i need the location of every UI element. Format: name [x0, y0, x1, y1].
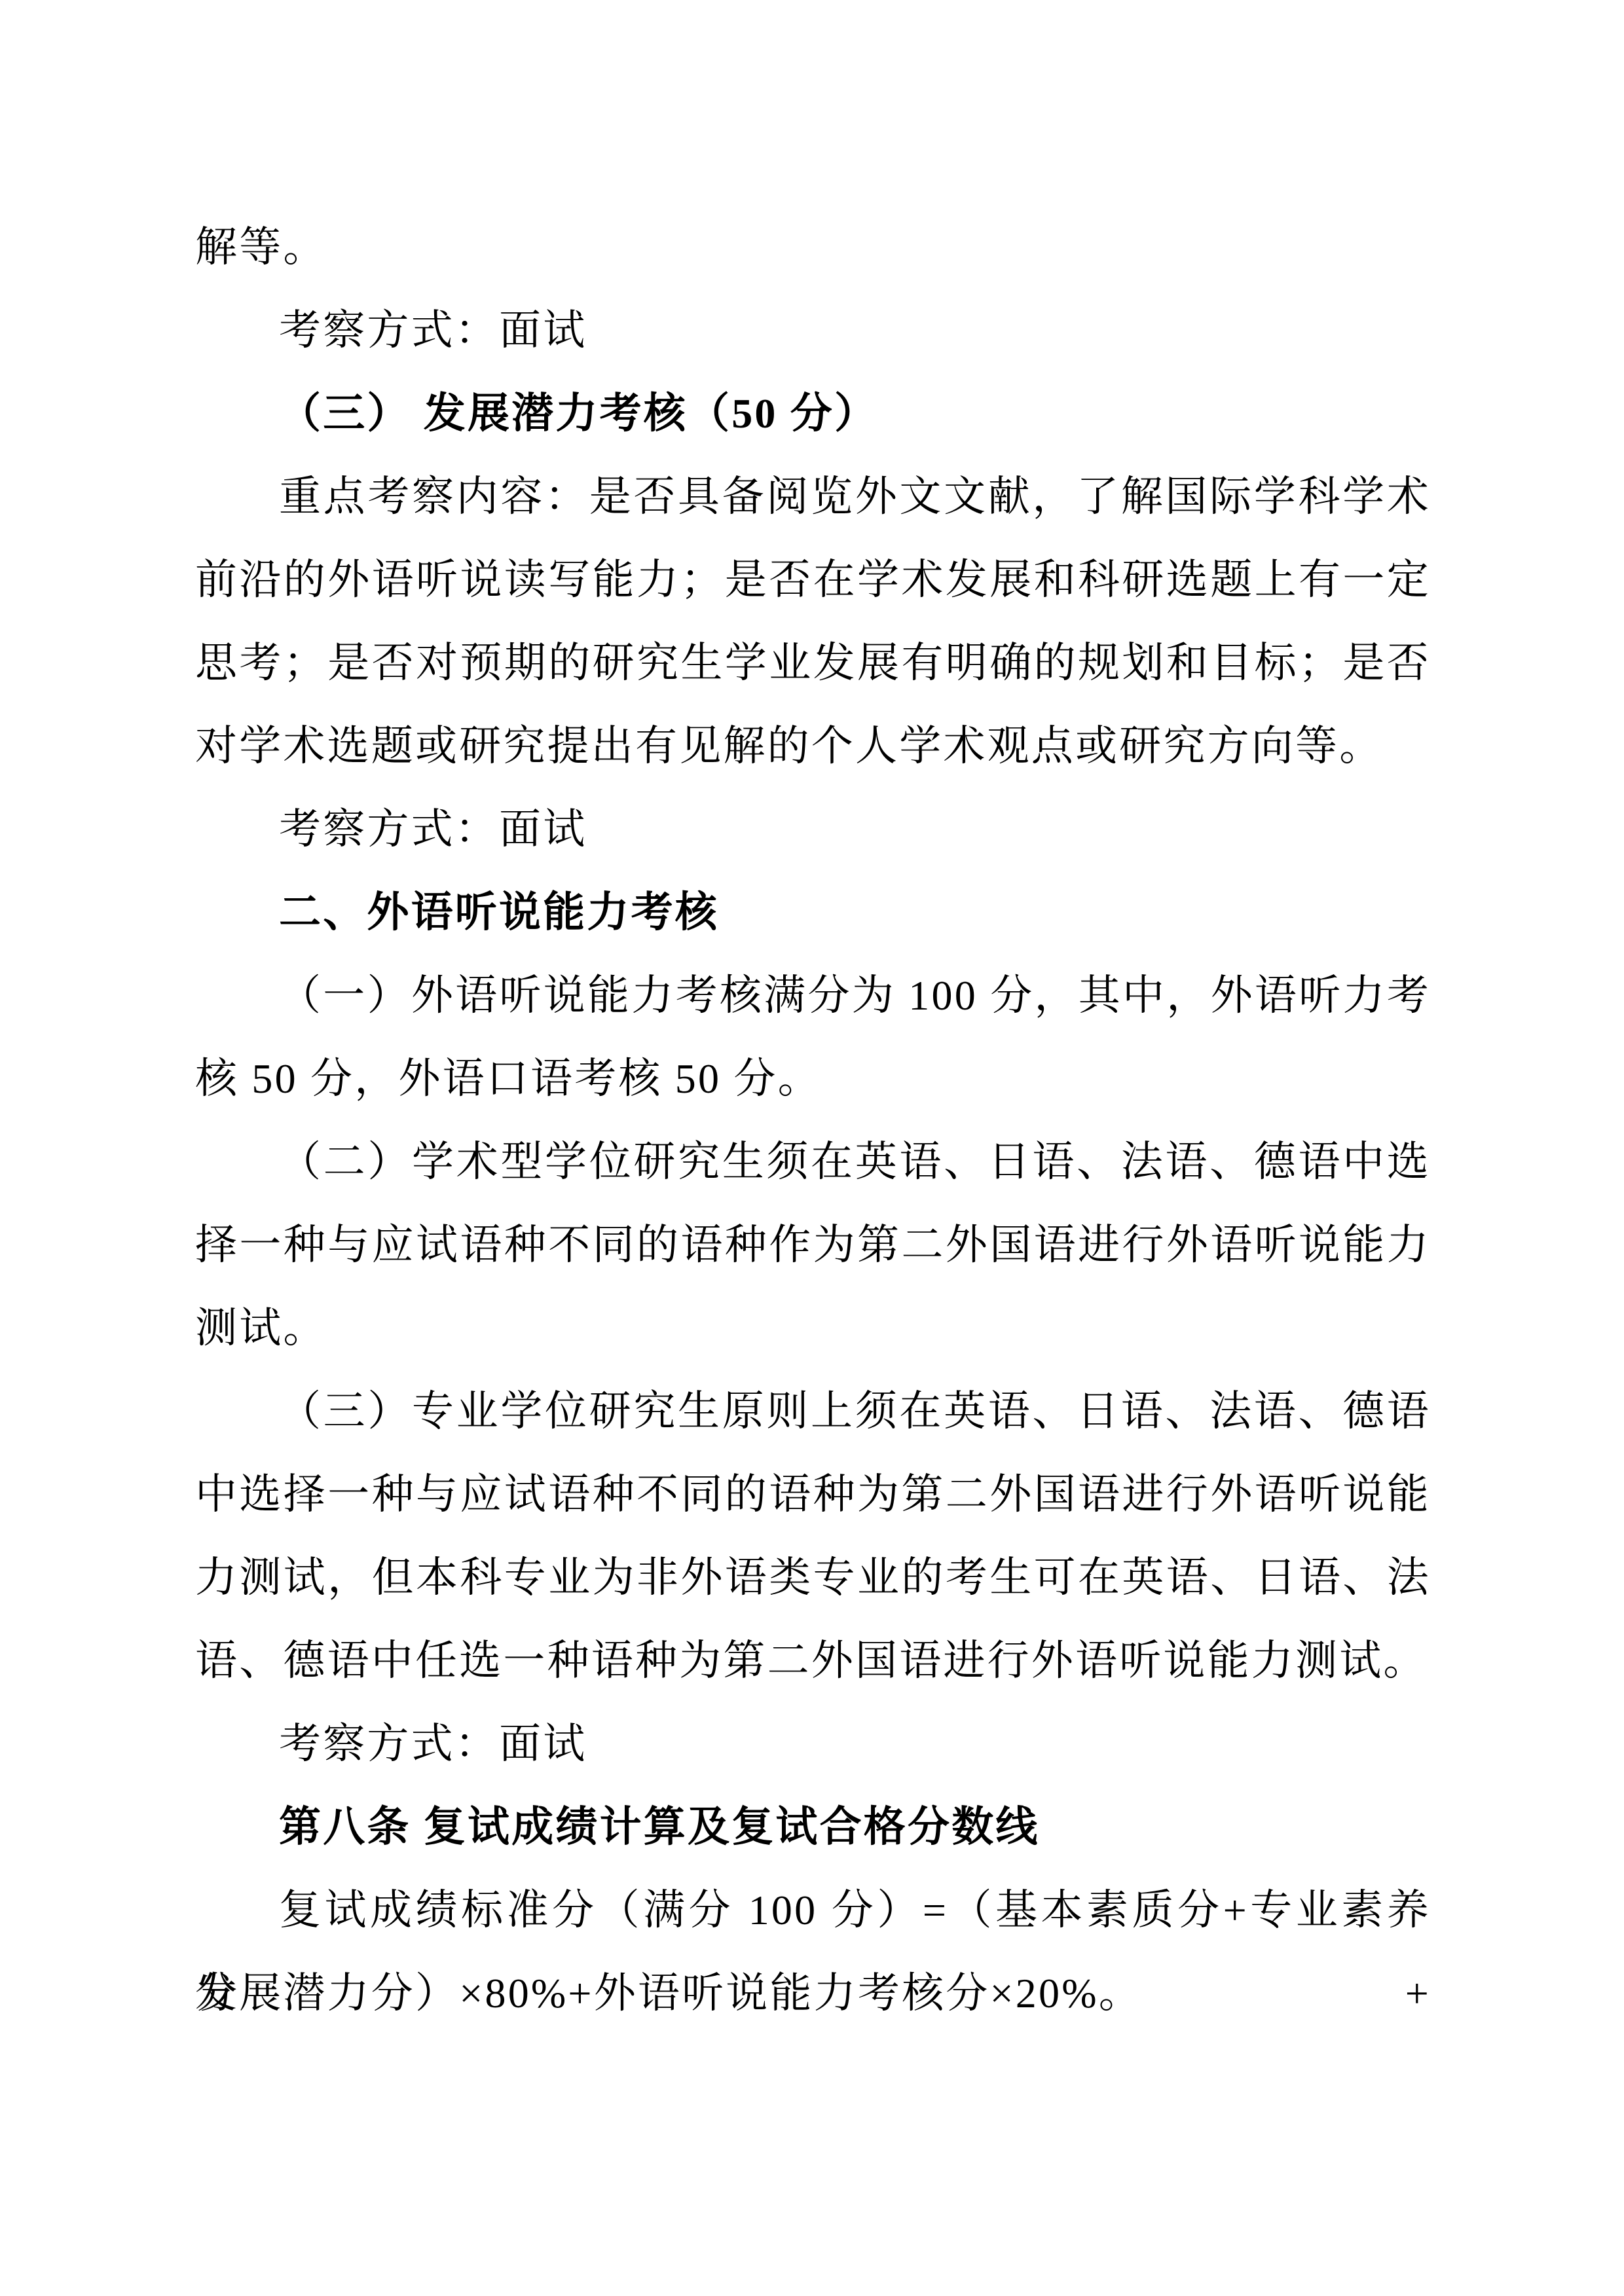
doc-line: 中选择一种与应试语种不同的语种为第二外国语进行外语听说能	[195, 1453, 1431, 1536]
doc-line: 择一种与应试语种不同的语种作为第二外国语进行外语听说能力	[195, 1203, 1431, 1286]
doc-line: （三）专业学位研究生原则上须在英语、日语、法语、德语	[195, 1370, 1431, 1453]
doc-line-assessment-method: 考察方式：面试	[195, 788, 1431, 871]
doc-line-assessment-method: 考察方式：面试	[195, 1702, 1431, 1785]
document-body: 解等。 考察方式：面试 （三） 发展潜力考核（50 分） 重点考察内容：是否具备…	[0, 0, 1624, 2035]
doc-line: 力测试，但本科专业为非外语类专业的考生可在英语、日语、法	[195, 1536, 1431, 1619]
doc-line: 核 50 分，外语口语考核 50 分。	[195, 1037, 1431, 1120]
document-page: 解等。 考察方式：面试 （三） 发展潜力考核（50 分） 重点考察内容：是否具备…	[0, 0, 1624, 2296]
doc-line: 对学术选题或研究提出有见解的个人学术观点或研究方向等。	[195, 704, 1431, 788]
doc-line: 语、德语中任选一种语种为第二外国语进行外语听说能力测试。	[195, 1619, 1431, 1702]
doc-line: 解等。	[195, 206, 1431, 289]
doc-line: 思考；是否对预期的研究生学业发展有明确的规划和目标；是否	[195, 621, 1431, 704]
doc-line: 测试。	[195, 1286, 1431, 1370]
doc-line: 重点考察内容：是否具备阅览外文文献，了解国际学科学术	[195, 455, 1431, 538]
heading-article-8-retest-score-calculation: 第八条 复试成绩计算及复试合格分数线	[195, 1785, 1431, 1868]
doc-line: （一）外语听说能力考核满分为 100 分，其中，外语听力考	[195, 954, 1431, 1037]
doc-line: 前沿的外语听说读写能力；是否在学术发展和科研选题上有一定	[195, 538, 1431, 621]
heading-section-3-development-potential: （三） 发展潜力考核（50 分）	[195, 372, 1431, 455]
heading-part-2-foreign-language-listening-speaking: 二、外语听说能力考核	[195, 871, 1431, 954]
doc-line-assessment-method: 考察方式：面试	[195, 289, 1431, 372]
doc-line-score-formula-part1: 复试成绩标准分（满分 100 分）=（基本素质分+专业素养分+	[195, 1868, 1431, 1952]
doc-line: （二）学术型学位研究生须在英语、日语、法语、德语中选	[195, 1120, 1431, 1203]
